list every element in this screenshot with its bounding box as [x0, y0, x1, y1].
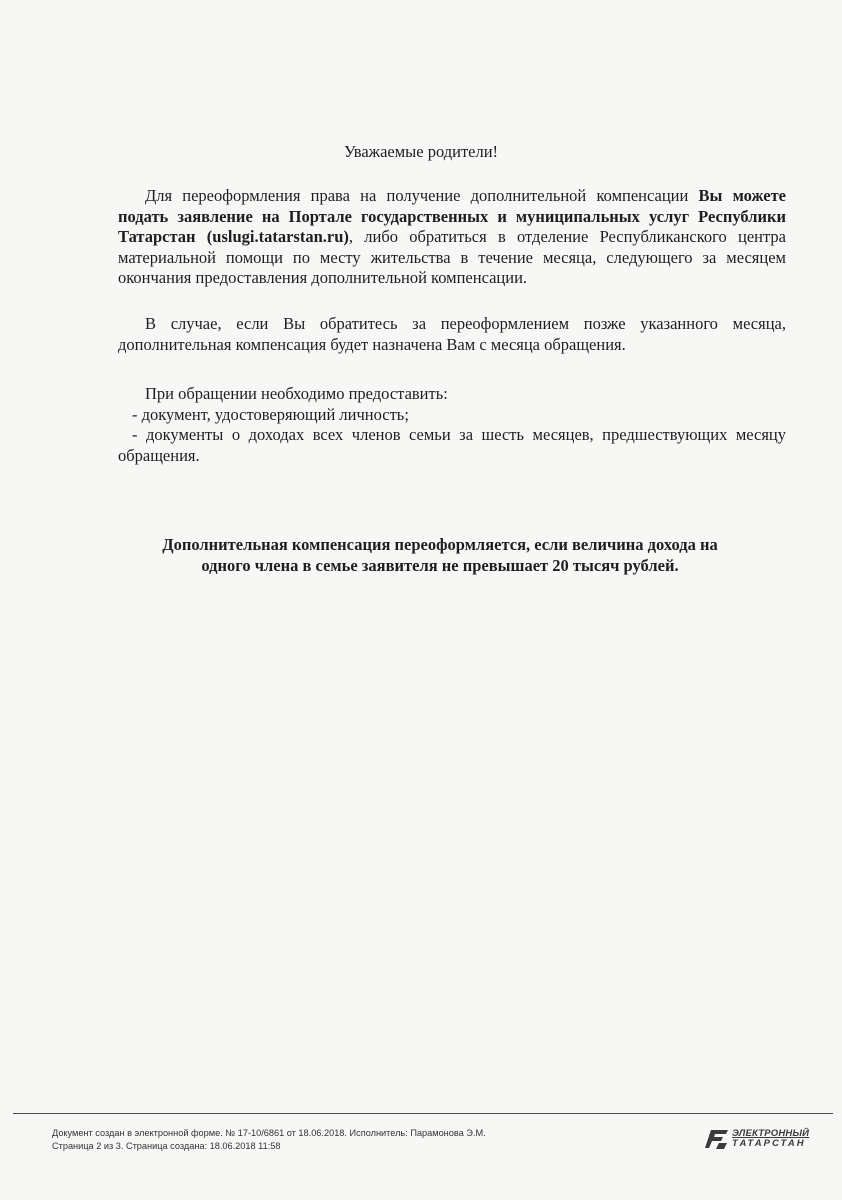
- logo-text: ЭЛЕКТРОННЫЙ ТАТАРСТАН: [732, 1129, 809, 1149]
- notice-line: одного члена в семье заявителя не превыш…: [100, 555, 780, 576]
- paragraph-application-info: Для переоформления права на получение до…: [118, 186, 786, 289]
- requirements-heading: При обращении необходимо предоставить:: [118, 384, 786, 405]
- requirement-item: - документ, удостоверяющий личность;: [118, 405, 786, 426]
- income-notice: Дополнительная компенсация переоформляет…: [100, 534, 780, 576]
- footer-page-info: Страница 2 из 3. Страница создана: 18.06…: [52, 1140, 486, 1153]
- footer-divider: [13, 1113, 833, 1114]
- paragraph-intro: Для переоформления права на получение до…: [145, 186, 699, 205]
- electronic-tatarstan-logo-icon: [705, 1128, 729, 1150]
- page-title: Уважаемые родители!: [0, 142, 842, 162]
- footer-info: Документ создан в электронной форме. № 1…: [52, 1127, 486, 1153]
- logo-line2: ТАТАРСТАН: [732, 1139, 809, 1149]
- footer-document-info: Документ создан в электронной форме. № 1…: [52, 1127, 486, 1140]
- requirements-section: При обращении необходимо предоставить: -…: [118, 384, 786, 466]
- electronic-tatarstan-logo: ЭЛЕКТРОННЫЙ ТАТАРСТАН: [705, 1126, 815, 1152]
- requirement-item: - документы о доходах всех членов семьи …: [118, 425, 786, 466]
- document-page: Уважаемые родители! Для переоформления п…: [0, 0, 842, 1200]
- notice-line: Дополнительная компенсация переоформляет…: [100, 534, 780, 555]
- paragraph-late-application: В случае, если Вы обратитесь за переофор…: [118, 314, 786, 355]
